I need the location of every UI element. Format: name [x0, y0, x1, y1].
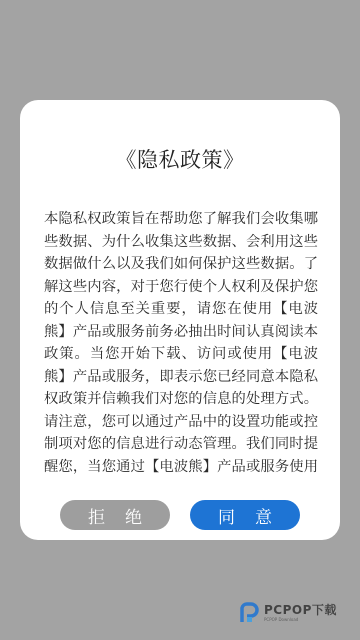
pcpop-logo-icon — [238, 602, 260, 624]
dialog-actions: 拒绝 同意 — [20, 500, 340, 530]
watermark: PCPOP下载 PCPOP Download — [238, 602, 337, 624]
watermark-brand: PCPOP下载 — [264, 604, 337, 617]
dialog-title: 《隐私政策》 — [20, 144, 340, 174]
policy-paragraph-intro: 本隐私权政策旨在帮助您了解我们会收集哪些数据、为什么收集这些数据、会利用这些数据… — [44, 208, 318, 480]
privacy-policy-dialog: 《隐私政策》 本隐私权政策旨在帮助您了解我们会收集哪些数据、为什么收集这些数据、… — [20, 100, 340, 540]
policy-content-scroll[interactable]: 本隐私权政策旨在帮助您了解我们会收集哪些数据、为什么收集这些数据、会利用这些数据… — [44, 208, 318, 480]
agree-button[interactable]: 同意 — [190, 500, 300, 530]
reject-button[interactable]: 拒绝 — [60, 500, 170, 530]
watermark-subtitle: PCPOP Download — [264, 617, 337, 622]
